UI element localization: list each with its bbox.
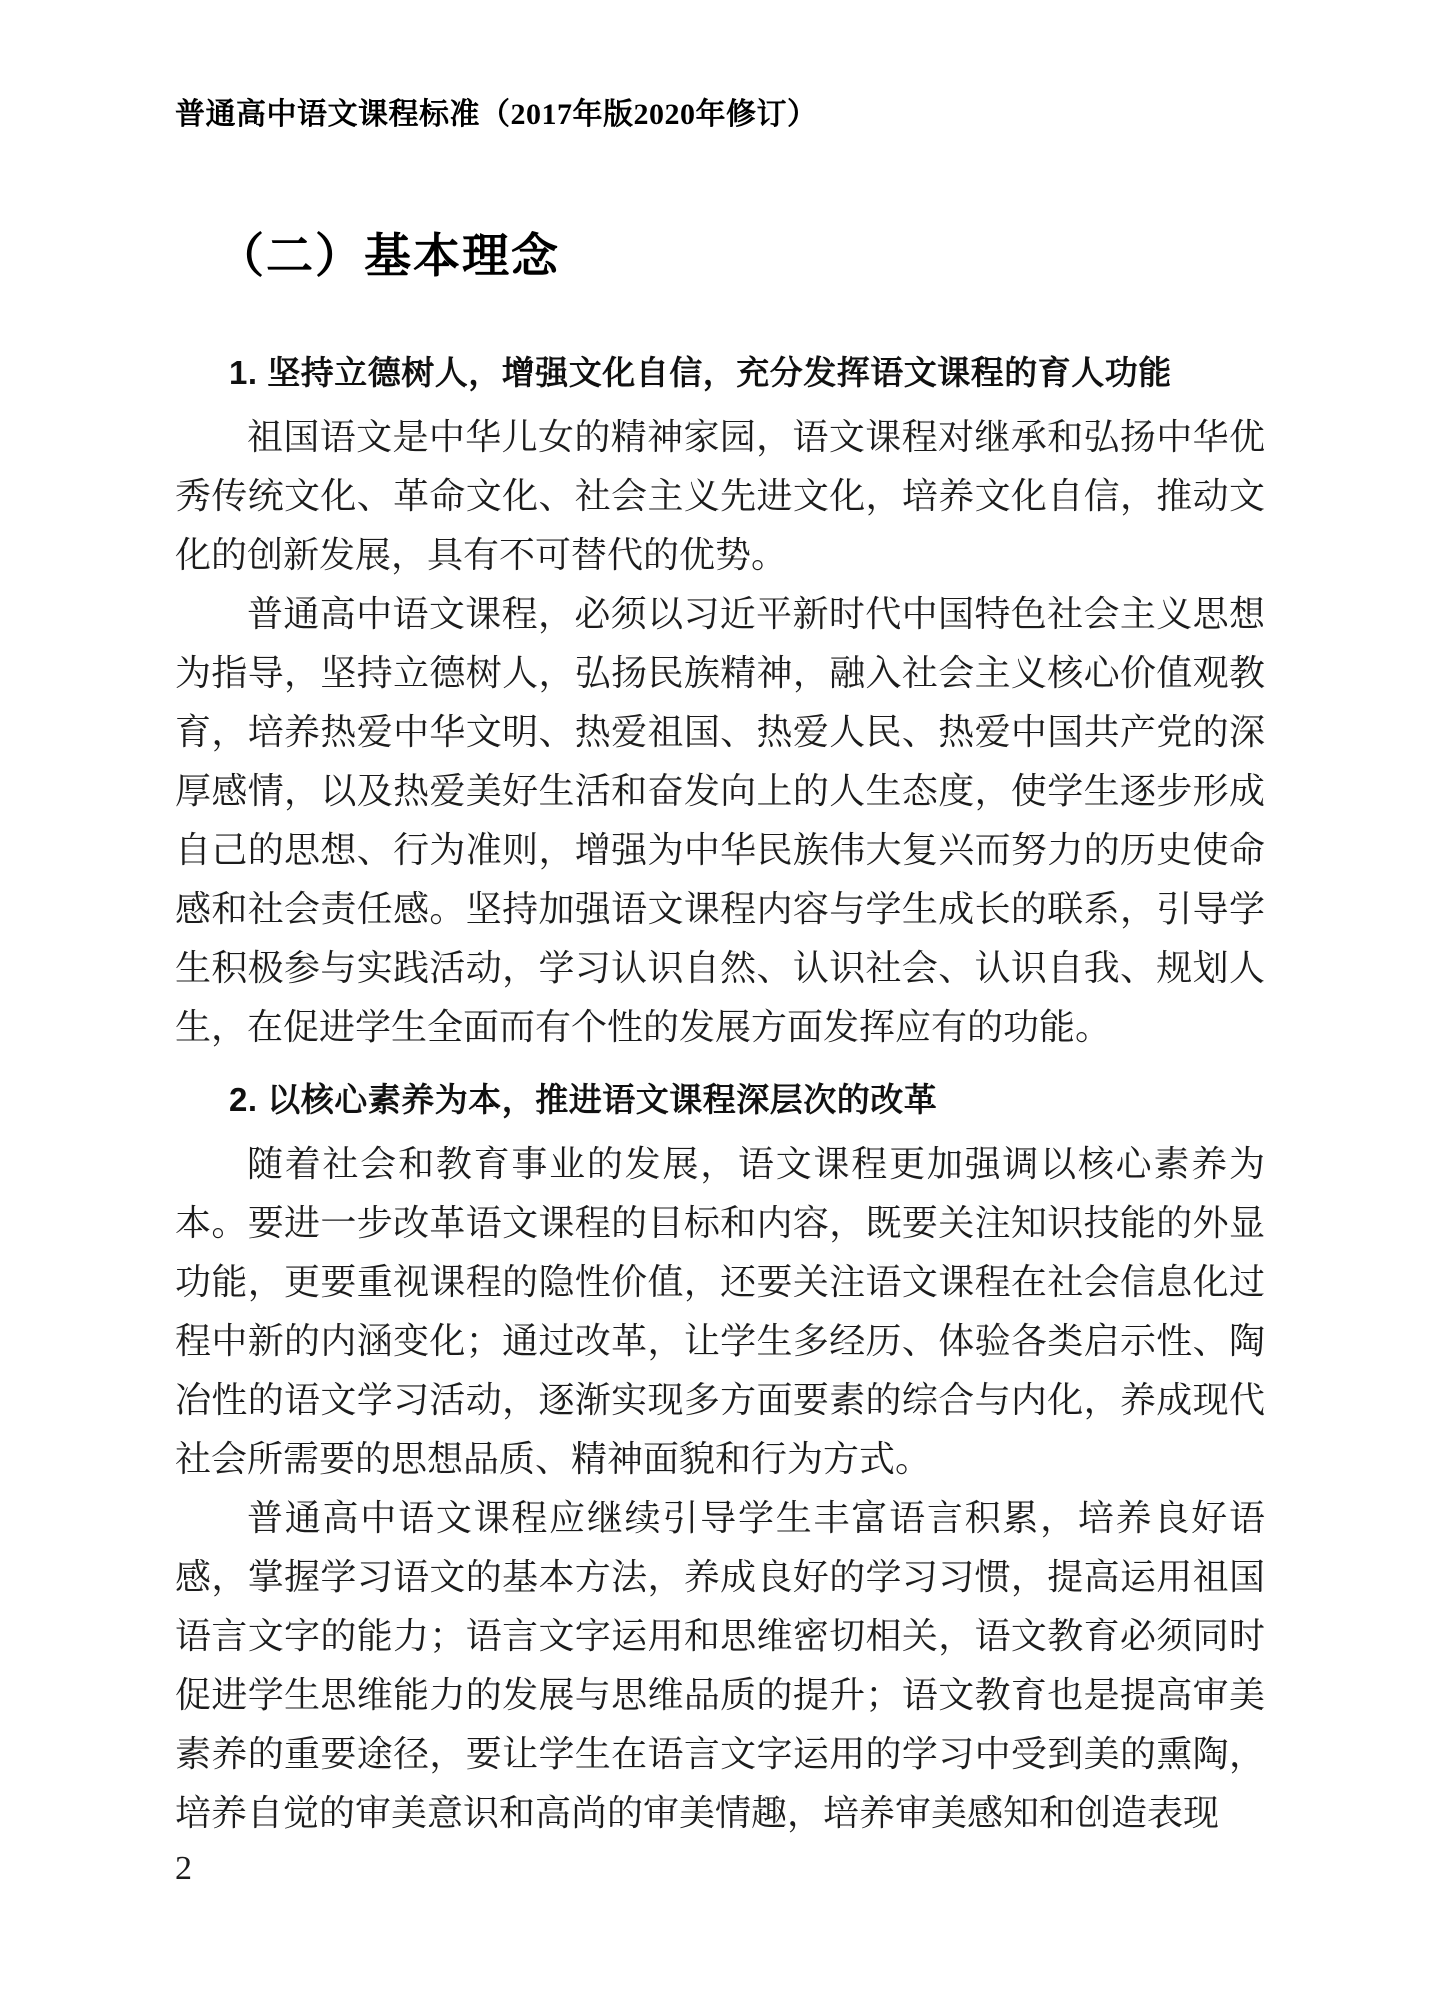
paragraph-3: 随着社会和教育事业的发展，语文课程更加强调以核心素养为 本。要进一步改革语文课程… bbox=[175, 1135, 1265, 1489]
paragraph-line: 化的创新发展，具有不可替代的优势。 bbox=[175, 526, 1265, 585]
paragraph-line: 培养自觉的审美意识和高尚的审美情趣，培养审美感知和创造表现 bbox=[175, 1784, 1265, 1843]
running-header: 普通高中语文课程标准（2017年版2020年修订） bbox=[175, 96, 1265, 134]
paragraph-line: 秀传统文化、革命文化、社会主义先进文化，培养文化自信，推动文 bbox=[175, 467, 1265, 526]
paragraph-line: 育，培养热爱中华文明、热爱祖国、热爱人民、热爱中国共产党的深 bbox=[175, 703, 1265, 762]
paragraph-line: 随着社会和教育事业的发展，语文课程更加强调以核心素养为 bbox=[175, 1135, 1265, 1194]
paragraph-line: 程中新的内涵变化；通过改革，让学生多经历、体验各类启示性、陶 bbox=[175, 1312, 1265, 1371]
paragraph-line: 促进学生思维能力的发展与思维品质的提升；语文教育也是提高审美 bbox=[175, 1666, 1265, 1725]
document-page: 普通高中语文课程标准（2017年版2020年修订） （二）基本理念 1. 坚持立… bbox=[0, 0, 1436, 2010]
paragraph-line: 普通高中语文课程，必须以习近平新时代中国特色社会主义思想 bbox=[175, 585, 1265, 644]
paragraph-line: 厚感情，以及热爱美好生活和奋发向上的人生态度，使学生逐步形成 bbox=[175, 762, 1265, 821]
paragraph-line: 冶性的语文学习活动，逐渐实现多方面要素的综合与内化，养成现代 bbox=[175, 1371, 1265, 1430]
paragraph-line: 感，掌握学习语文的基本方法，养成良好的学习习惯，提高运用祖国 bbox=[175, 1548, 1265, 1607]
paragraph-line: 社会所需要的思想品质、精神面貌和行为方式。 bbox=[175, 1430, 1265, 1489]
paragraph-line: 素养的重要途径，要让学生在语言文字运用的学习中受到美的熏陶， bbox=[175, 1725, 1265, 1784]
paragraph-line: 祖国语文是中华儿女的精神家园，语文课程对继承和弘扬中华优 bbox=[175, 408, 1265, 467]
subsection-heading-2: 2. 以核心素养为本，推进语文课程深层次的改革 bbox=[229, 1077, 1265, 1123]
page-number: 2 bbox=[175, 1848, 192, 1890]
paragraph-line: 生，在促进学生全面而有个性的发展方面发挥应有的功能。 bbox=[175, 998, 1265, 1057]
paragraph-4: 普通高中语文课程应继续引导学生丰富语言积累，培养良好语 感，掌握学习语文的基本方… bbox=[175, 1489, 1265, 1843]
paragraph-line: 感和社会责任感。坚持加强语文课程内容与学生成长的联系，引导学 bbox=[175, 880, 1265, 939]
paragraph-line: 功能，更要重视课程的隐性价值，还要关注语文课程在社会信息化过 bbox=[175, 1253, 1265, 1312]
section-title: （二）基本理念 bbox=[217, 222, 1265, 292]
paragraph-line: 为指导，坚持立德树人，弘扬民族精神，融入社会主义核心价值观教 bbox=[175, 644, 1265, 703]
paragraph-line: 本。要进一步改革语文课程的目标和内容，既要关注知识技能的外显 bbox=[175, 1194, 1265, 1253]
paragraph-line: 生积极参与实践活动，学习认识自然、认识社会、认识自我、规划人 bbox=[175, 939, 1265, 998]
paragraph-line: 语言文字的能力；语言文字运用和思维密切相关，语文教育必须同时 bbox=[175, 1607, 1265, 1666]
paragraph-line: 自己的思想、行为准则，增强为中华民族伟大复兴而努力的历史使命 bbox=[175, 821, 1265, 880]
subsection-heading-1: 1. 坚持立德树人，增强文化自信，充分发挥语文课程的育人功能 bbox=[229, 350, 1265, 396]
paragraph-2: 普通高中语文课程，必须以习近平新时代中国特色社会主义思想 为指导，坚持立德树人，… bbox=[175, 585, 1265, 1057]
paragraph-line: 普通高中语文课程应继续引导学生丰富语言积累，培养良好语 bbox=[175, 1489, 1265, 1548]
paragraph-1: 祖国语文是中华儿女的精神家园，语文课程对继承和弘扬中华优 秀传统文化、革命文化、… bbox=[175, 408, 1265, 585]
